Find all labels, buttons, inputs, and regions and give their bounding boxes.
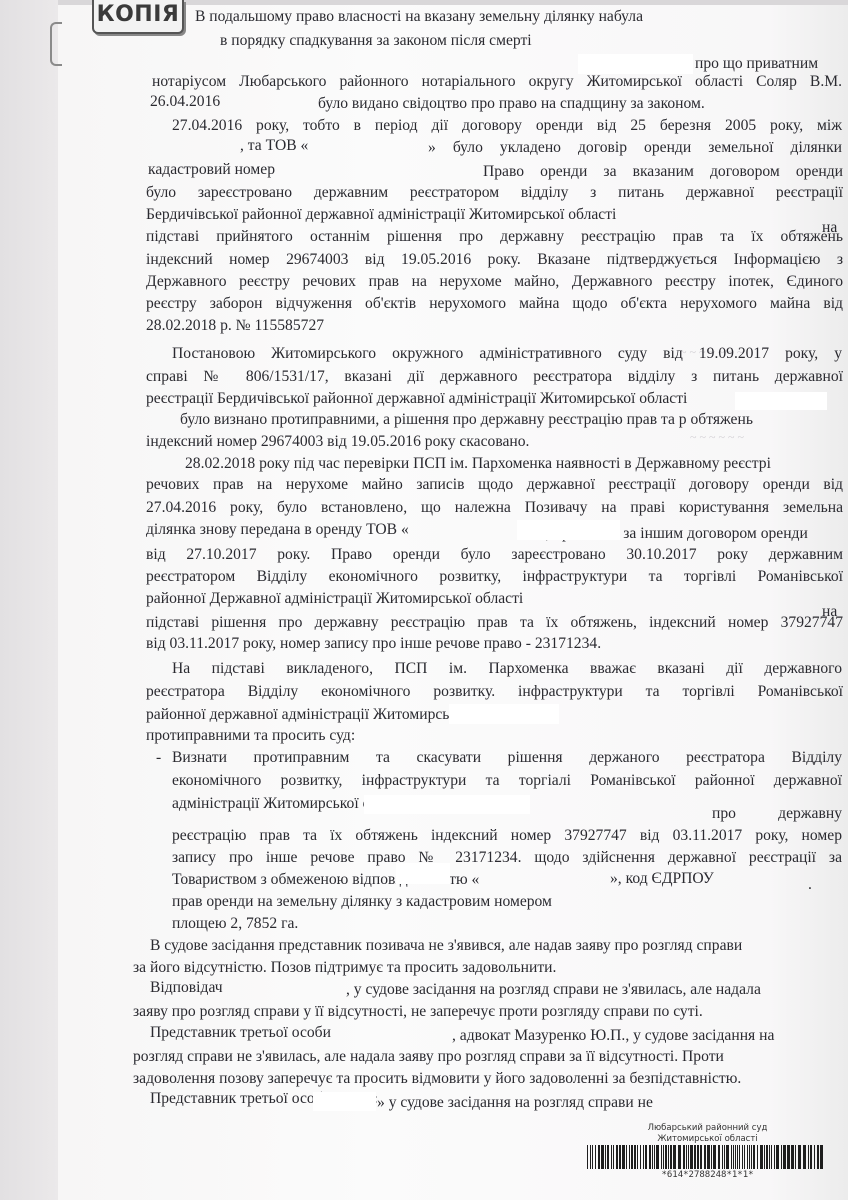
- copy-stamp-label: КОПІЯ: [94, 0, 182, 30]
- scan-margin: [0, 0, 58, 1200]
- text-line: запису про інше речове право № 23171234.…: [172, 849, 842, 867]
- text-line: ділянка знову передана в оренду ТОВ «: [146, 521, 409, 539]
- text-line: нотаріусом Любарського районного нотаріа…: [152, 73, 842, 91]
- text-line: заяву про розгляд справи у її відсутност…: [133, 1003, 703, 1021]
- text-line: за його відсутністю. Позов підтримує та …: [133, 959, 556, 977]
- text-line: економічного розвитку, інфраструктури та…: [172, 772, 842, 790]
- redaction: [364, 795, 530, 814]
- text-line: , у судове засідання на розгляд справи н…: [346, 981, 761, 999]
- barcode: [587, 1145, 825, 1169]
- bleed-through: ~ ~ ~ ~ ~ ~: [690, 430, 744, 445]
- court-region: Житомирської області: [600, 1134, 815, 1145]
- text-line: Право оренди за вказаним договором оренд…: [483, 163, 843, 181]
- text-line: Постановою Житомирського окружного адмін…: [172, 345, 842, 363]
- text-line: .: [808, 876, 812, 894]
- court-footer: Любарський районний суд Житомирської обл…: [600, 1123, 815, 1145]
- redaction: [396, 863, 450, 884]
- text-line: » у судове засідання на розгляд справи н…: [377, 1094, 653, 1112]
- text-line: кадастровий номер: [148, 161, 275, 179]
- text-line: 28.02.2018 р. № 115585727: [146, 317, 324, 335]
- text-line: справі № 806/1531/17, вказані дії держав…: [146, 368, 843, 386]
- text-line: 26.04.2016: [150, 93, 220, 111]
- text-line: », код ЄДРПОУ: [610, 870, 714, 888]
- text-line: площею 2, 7852 га.: [172, 915, 298, 933]
- text-line: , та ТОВ «: [240, 137, 308, 155]
- text-line: було зареєстровано державним реєстраторо…: [146, 184, 843, 202]
- text-line: в порядку спадкування за законом після с…: [220, 32, 532, 50]
- text-line: протиправними та просить суд:: [146, 727, 355, 745]
- text-line: На підставі викладеного, ПСП ім. Пархоме…: [172, 660, 842, 678]
- redaction: [578, 54, 693, 74]
- text-line: індексний номер 29674003 від 19.05.2016 …: [146, 251, 843, 269]
- text-line: 28.02.2018 року під час перевірки ПСП ім…: [185, 455, 771, 473]
- redaction: [313, 1092, 376, 1111]
- text-line: , адвокат Мазуренко Ю.П., у судове засід…: [452, 1027, 774, 1045]
- text-line: Визнати протиправним та скасувати рішенн…: [172, 749, 842, 767]
- text-line: про державну: [712, 805, 842, 823]
- text-line: Бердичівської районної державної адмініс…: [146, 206, 616, 224]
- text-line: Відповідач: [150, 979, 223, 997]
- text-line: речових прав на нерухоме майно записів щ…: [146, 476, 843, 494]
- text-line: районної Державної адміністрації Житомир…: [146, 590, 523, 608]
- copy-stamp: КОПІЯ: [92, 0, 184, 34]
- redaction: [449, 704, 559, 724]
- court-name: Любарський районний суд: [600, 1123, 815, 1134]
- text-line: реєстратора Відділу економічного розвитк…: [146, 683, 843, 701]
- text-line: було видано свідоцтво про право на спадщ…: [318, 95, 705, 113]
- text-line: -: [156, 749, 161, 767]
- text-line: було визнано протиправними, а рішення пр…: [180, 411, 753, 429]
- text-line: » було укладено договір оренди земельної…: [428, 139, 842, 157]
- text-line: реєстру заборон відчуження об'єктів неру…: [146, 295, 843, 313]
- text-line: прав оренди на земельну ділянку з кадаст…: [172, 893, 552, 911]
- redaction: [517, 520, 620, 540]
- text-line: від 03.11.2017 року, номер запису про ін…: [146, 635, 601, 653]
- text-line: В судове засідання представник позивача …: [150, 937, 742, 955]
- text-line: задоволення позову заперечує та просить …: [133, 1070, 741, 1088]
- text-line: розгляд справи не з'явилась, але надала …: [133, 1048, 724, 1066]
- barcode-number: *614*2788248*1*1*: [600, 1170, 815, 1180]
- text-line: індексний номер 29674003 від 19.05.2016 …: [146, 433, 529, 451]
- text-line: реєстрацію прав та їх обтяжень індексний…: [172, 827, 842, 845]
- text-line: реєстратором Відділу економічного розвит…: [146, 568, 843, 586]
- text-line: В подальшому право власності на вказану …: [195, 8, 643, 26]
- text-line: підставі прийнятого останнім рішення про…: [146, 228, 843, 246]
- text-line: реєстрації Бердичівської районної держав…: [146, 390, 687, 408]
- text-line: про що приватним: [695, 55, 818, 73]
- text-line: 27.04.2016 року, було встановлено, що на…: [146, 499, 843, 517]
- text-line: Представник третьої особи: [150, 1024, 331, 1042]
- text-line: 27.04.2016 року, тобто в період дії дого…: [172, 117, 842, 135]
- staple-mark: [50, 22, 62, 66]
- text-line: Державного реєстру речових прав на нерух…: [146, 273, 843, 291]
- redaction: [735, 392, 827, 410]
- text-line: підставі рішення про державну реєстрацію…: [146, 614, 843, 632]
- text-line: від 27.10.2017 року. Право оренди було з…: [146, 546, 843, 564]
